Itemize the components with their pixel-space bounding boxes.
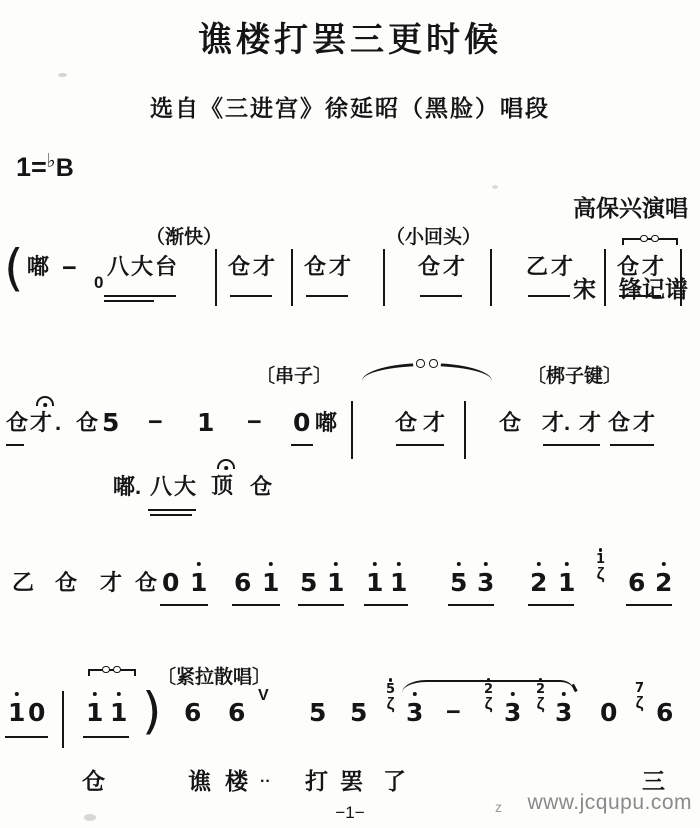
note-number: 5 <box>350 700 367 725</box>
note-number: 1 <box>366 570 383 595</box>
octave-dot <box>537 562 541 566</box>
beam-line <box>448 604 494 606</box>
watermark-mark: z <box>495 799 502 815</box>
score-text: 乙 <box>12 572 34 594</box>
octave-dot <box>117 692 121 696</box>
note-number: 5 <box>450 570 467 595</box>
beam-line <box>364 604 408 606</box>
annotation-label: 〔串子〕 <box>256 367 332 386</box>
repeat-circles-icon <box>622 238 678 249</box>
beam-line <box>291 444 313 446</box>
lyric-char: ·· <box>260 774 271 790</box>
score-text: − <box>446 700 461 725</box>
barline <box>680 249 682 306</box>
note-number: 2 <box>530 570 547 595</box>
beam-line <box>543 444 600 446</box>
octave-dot <box>397 562 401 566</box>
beam-line <box>148 509 196 511</box>
note-number: 0 <box>293 410 310 435</box>
grace-slide-icon: ζ <box>485 695 493 712</box>
barline <box>464 401 466 459</box>
octave-dot <box>373 562 377 566</box>
note-number: 1 <box>86 700 103 725</box>
score-text: 才 <box>100 572 122 594</box>
beam-line <box>6 444 24 446</box>
beam-line <box>232 604 280 606</box>
repeat-circles-icon <box>88 669 136 680</box>
grace-slide-icon: ζ <box>636 694 644 711</box>
octave-dot <box>197 562 201 566</box>
key-signature: 1=♭B <box>16 150 74 183</box>
octave-dot <box>93 692 97 696</box>
note-number: 0 <box>600 700 617 725</box>
barline <box>62 691 64 748</box>
barline <box>215 249 217 306</box>
beam-line <box>83 736 129 738</box>
score-text: 嘟 <box>113 476 135 498</box>
fermata-icon <box>36 396 54 406</box>
beam-line <box>230 295 272 297</box>
note-number: 3 <box>555 700 572 725</box>
barline <box>351 401 353 459</box>
octave-dot <box>562 692 566 696</box>
circle-mark <box>429 359 438 368</box>
circle-mark <box>113 666 121 674</box>
note-number: 1 <box>110 700 127 725</box>
note-number: 6 <box>228 700 245 725</box>
note-number: 3 <box>406 700 423 725</box>
barline <box>604 249 606 306</box>
beam-line <box>420 295 462 297</box>
score-text: 仓 <box>499 412 521 434</box>
grace-note: 5ζ <box>386 678 395 712</box>
score-text: 仓才 <box>228 256 278 278</box>
key-prefix: 1= <box>16 152 47 182</box>
score-text: 仓才 <box>304 256 354 278</box>
beam-line <box>160 604 208 606</box>
note-number: 5 <box>309 700 326 725</box>
note-number: 0 <box>28 700 45 725</box>
sheet-music-page: 谯楼打罢三更时候 选自《三进宫》徐延昭（黑脸）唱段 1=♭B 高保兴演唱 宋 锋… <box>0 0 700 828</box>
lyric-char: 楼 <box>225 770 248 793</box>
score-text: 仓 <box>55 572 77 594</box>
note-number: 6 <box>628 570 645 595</box>
score-text: 顶 <box>211 475 233 497</box>
beam-line <box>396 444 444 446</box>
barline <box>490 249 492 306</box>
note-number: 6 <box>184 700 201 725</box>
beam-line <box>528 604 574 606</box>
song-source-subtitle: 选自《三进宫》徐延昭（黑脸）唱段 <box>0 90 700 123</box>
scan-artifact <box>58 73 67 77</box>
lyric-char: 仓 <box>82 770 105 793</box>
lyric-char: 罢 <box>340 770 363 793</box>
circle-mark <box>102 666 110 674</box>
score-text: . <box>135 476 141 498</box>
score-text: 仓才 <box>617 256 667 278</box>
annotation-label: 〔梆子键〕 <box>527 367 622 386</box>
beam-line <box>610 444 654 446</box>
note-number: 3 <box>504 700 521 725</box>
lyric-char: 了 <box>383 770 406 793</box>
score-text: 嘟 <box>27 256 49 278</box>
performer-credit: 高保兴演唱 <box>573 195 688 222</box>
note-number: 1 <box>197 410 214 435</box>
barline <box>383 249 385 306</box>
note-number: 1 <box>390 570 407 595</box>
octave-dot <box>334 562 338 566</box>
grace-note: 2ζ <box>536 678 545 712</box>
octave-dot <box>662 562 666 566</box>
lyric-char: 打 <box>305 770 328 793</box>
flat-accidental: ♭ <box>47 151 56 172</box>
tie-circles-icon <box>362 363 492 381</box>
note-number: 5 <box>102 410 119 435</box>
beam-line <box>298 604 344 606</box>
circle-mark <box>640 235 648 243</box>
beam-line <box>619 295 661 297</box>
note-number: 6 <box>656 700 673 725</box>
lyric-char: 三 <box>642 770 665 793</box>
score-text: 才 <box>30 412 52 434</box>
octave-dot <box>484 562 488 566</box>
score-text: 仓 <box>76 412 98 434</box>
score-text: 嘟 <box>315 412 337 434</box>
score-text: 乙才 <box>526 256 576 278</box>
note-number: 3 <box>477 570 494 595</box>
score-text: 八大台 <box>107 256 179 278</box>
beam-line <box>150 514 192 516</box>
credits: 高保兴演唱 宋 锋记谱 <box>573 141 688 357</box>
circle-mark <box>651 235 659 243</box>
watermark: www.jcqupu.com <box>527 791 692 815</box>
annotation-label: （渐快） <box>146 228 222 247</box>
beam-line <box>626 604 672 606</box>
score-text: 才 <box>579 412 601 434</box>
score-text: 仓才 <box>418 256 468 278</box>
system-paren: ( <box>4 243 24 293</box>
score-text: − <box>62 256 77 281</box>
score-text: . <box>564 412 570 434</box>
beam-line <box>104 295 176 297</box>
circle-mark <box>416 359 425 368</box>
score-text: 才 <box>423 412 445 434</box>
note-number: 1 <box>558 570 575 595</box>
grace-slide-icon: ζ <box>537 695 545 712</box>
annotation-label: （小回头） <box>386 228 481 247</box>
transcriber-credit: 宋 锋记谱 <box>573 276 688 303</box>
octave-dot <box>511 692 515 696</box>
grace-note: 2ζ <box>484 678 493 712</box>
octave-dot <box>413 692 417 696</box>
octave-dot <box>565 562 569 566</box>
system-paren: ) <box>142 686 162 736</box>
score-text: − <box>148 410 163 435</box>
octave-dot <box>269 562 273 566</box>
note-number: 1 <box>327 570 344 595</box>
score-text: . <box>55 412 61 434</box>
note-number: 2 <box>655 570 672 595</box>
scan-artifact <box>492 185 498 189</box>
grace-slide-icon: ζ <box>387 695 395 712</box>
note-number: 1 <box>190 570 207 595</box>
note-number: 5 <box>300 570 317 595</box>
beam-line <box>528 295 570 297</box>
note-number: 6 <box>234 570 251 595</box>
score-text: 八大 <box>150 476 198 498</box>
score-text: − <box>247 410 262 435</box>
fermata-icon <box>217 459 235 469</box>
breath-mark-icon: V <box>258 688 269 704</box>
note-number: 0 <box>162 570 179 595</box>
score-text: 仓 <box>250 476 272 498</box>
octave-dot <box>15 692 19 696</box>
note-number: 1 <box>262 570 279 595</box>
grace-slide-icon: ζ <box>597 565 605 582</box>
grace-note: 7ζ <box>635 682 644 711</box>
small-zero-note: 0 <box>94 274 103 291</box>
score-text: 仓 <box>135 572 157 594</box>
song-title: 谯楼打罢三更时候 <box>0 12 700 61</box>
score-text: 仓 <box>6 412 28 434</box>
beam-line <box>104 300 154 302</box>
note-number: 1 <box>8 700 25 725</box>
lyric-char: 谯 <box>188 770 211 793</box>
score-text: 仓 <box>395 412 417 434</box>
beam-line <box>306 295 348 297</box>
octave-dot <box>457 562 461 566</box>
score-text: 仓 <box>608 412 630 434</box>
key-note: B <box>56 154 74 182</box>
barline <box>291 249 293 306</box>
grace-note: 1ζ <box>596 548 605 582</box>
score-text: 才 <box>542 412 564 434</box>
beam-line <box>5 736 48 738</box>
annotation-label: 〔紧拉散唱〕 <box>157 668 271 687</box>
score-text: 才 <box>633 412 655 434</box>
